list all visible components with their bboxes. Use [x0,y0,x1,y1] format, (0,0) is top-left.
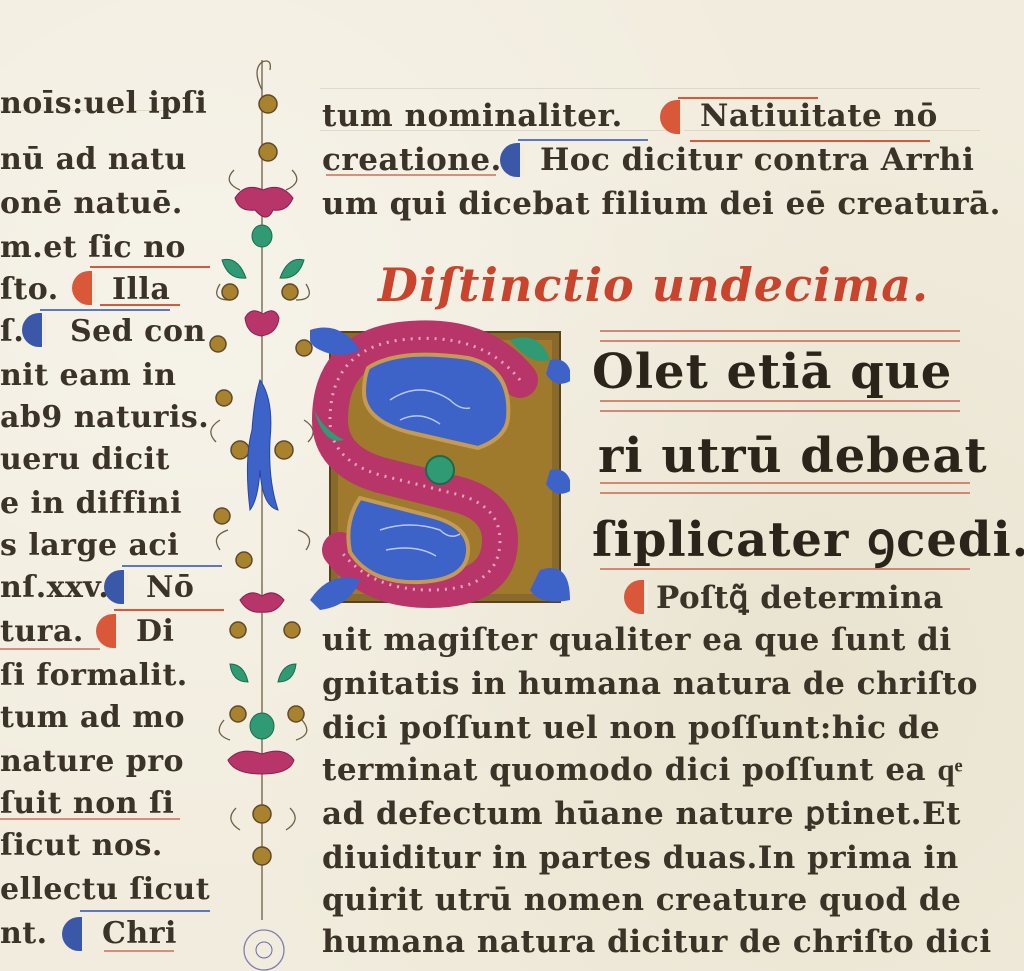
text-line: um qui dicebat filium dei eē creaturā. [322,184,1001,224]
text-line: nature pro [0,742,184,782]
red-ruling [600,340,960,342]
text-line: ſ. [0,312,24,352]
large-text-line: ri utrū debeat [598,428,988,484]
red-underline [0,818,180,820]
text-line: s large aci [0,526,179,566]
text-line: onē natuē. [0,184,183,224]
paraph-word: Illa [112,270,170,310]
paraph-text: Hoc dicitur contra Arrhi [540,140,974,180]
large-text-line: ſiplicater ꝯcedi. [592,506,1024,571]
paraph-mark-red [624,580,644,614]
ruling-line [320,88,980,89]
floral-border-decoration [200,60,320,971]
text-line: ad defectum hūane nature ꝑtinet.Et [322,794,961,834]
text-line: ſicut nos. [0,826,163,866]
red-ruling [600,482,970,484]
red-ruling [600,568,970,570]
paraph-mark-red [72,271,92,305]
text-line: nſ.xxv. [0,568,109,608]
text-line: tum nominaliter. [322,96,623,136]
paraph-stroke [40,309,170,311]
text-line: uit magiſter qualiter ea que ſunt di [322,620,952,660]
text-line: ellectu ſicut [0,870,210,910]
text-line: tum ad mo [0,698,185,738]
paraph-word: Di [136,612,174,652]
text-line: nt. [0,914,48,954]
paraph-word: Chri [102,914,177,954]
text-line: tura. [0,612,84,652]
paraph-mark-blue [22,313,42,347]
paraph-mark-blue [62,917,82,951]
text-line: ſto. [0,270,59,310]
text-line: m.et ſic no [0,228,186,268]
paraph-mark-blue [500,143,520,177]
red-underline [0,648,100,650]
red-ruling [600,330,960,332]
text-line: quirit utrū nomen creature quod de [322,880,961,920]
text-line: e in diffini [0,484,182,524]
paraph-stroke [90,266,210,268]
red-underline [326,174,496,176]
text-line: nit eam in [0,356,176,396]
text-line: ſi formalit. [0,656,188,696]
text-line: dici poſſunt uel non poſſunt:hic de [322,708,940,748]
manuscript-page: noīs:uel ipſi nū ad natu onē natuē. m.et… [0,0,1024,971]
text-line: humana natura dicitur de chriſto dici [322,922,992,962]
red-ruling [600,492,970,494]
large-text-line: Olet etiā que [592,344,952,400]
text-line: gnitatis in humana natura de chriſto [322,664,978,704]
rubric-heading: Diſtinctio undecima. [378,258,929,312]
illuminated-initial-s [310,320,570,610]
red-ruling [600,400,960,402]
text-line: ueru dicit [0,440,170,480]
text-line: ab9 naturis. [0,398,209,438]
paraph-word: Nō [146,568,194,608]
text-line: terminat quomodo dici poſſunt ea qͤ [322,750,963,790]
paraph-text: Natiuitate nō [700,96,938,136]
text-line: diuiditur in partes duas.In prima in [322,838,959,878]
red-ruling [600,410,960,412]
text-line: nū ad natu [0,140,187,180]
text-line: noīs:uel ipſi [0,84,207,124]
paraph-word: Sed con [70,312,206,352]
text-line: Poſtꝗ͂ determina [656,578,944,618]
paraph-mark-red [660,100,680,134]
paraph-stroke [80,910,210,912]
paraph-mark-red [96,614,116,648]
